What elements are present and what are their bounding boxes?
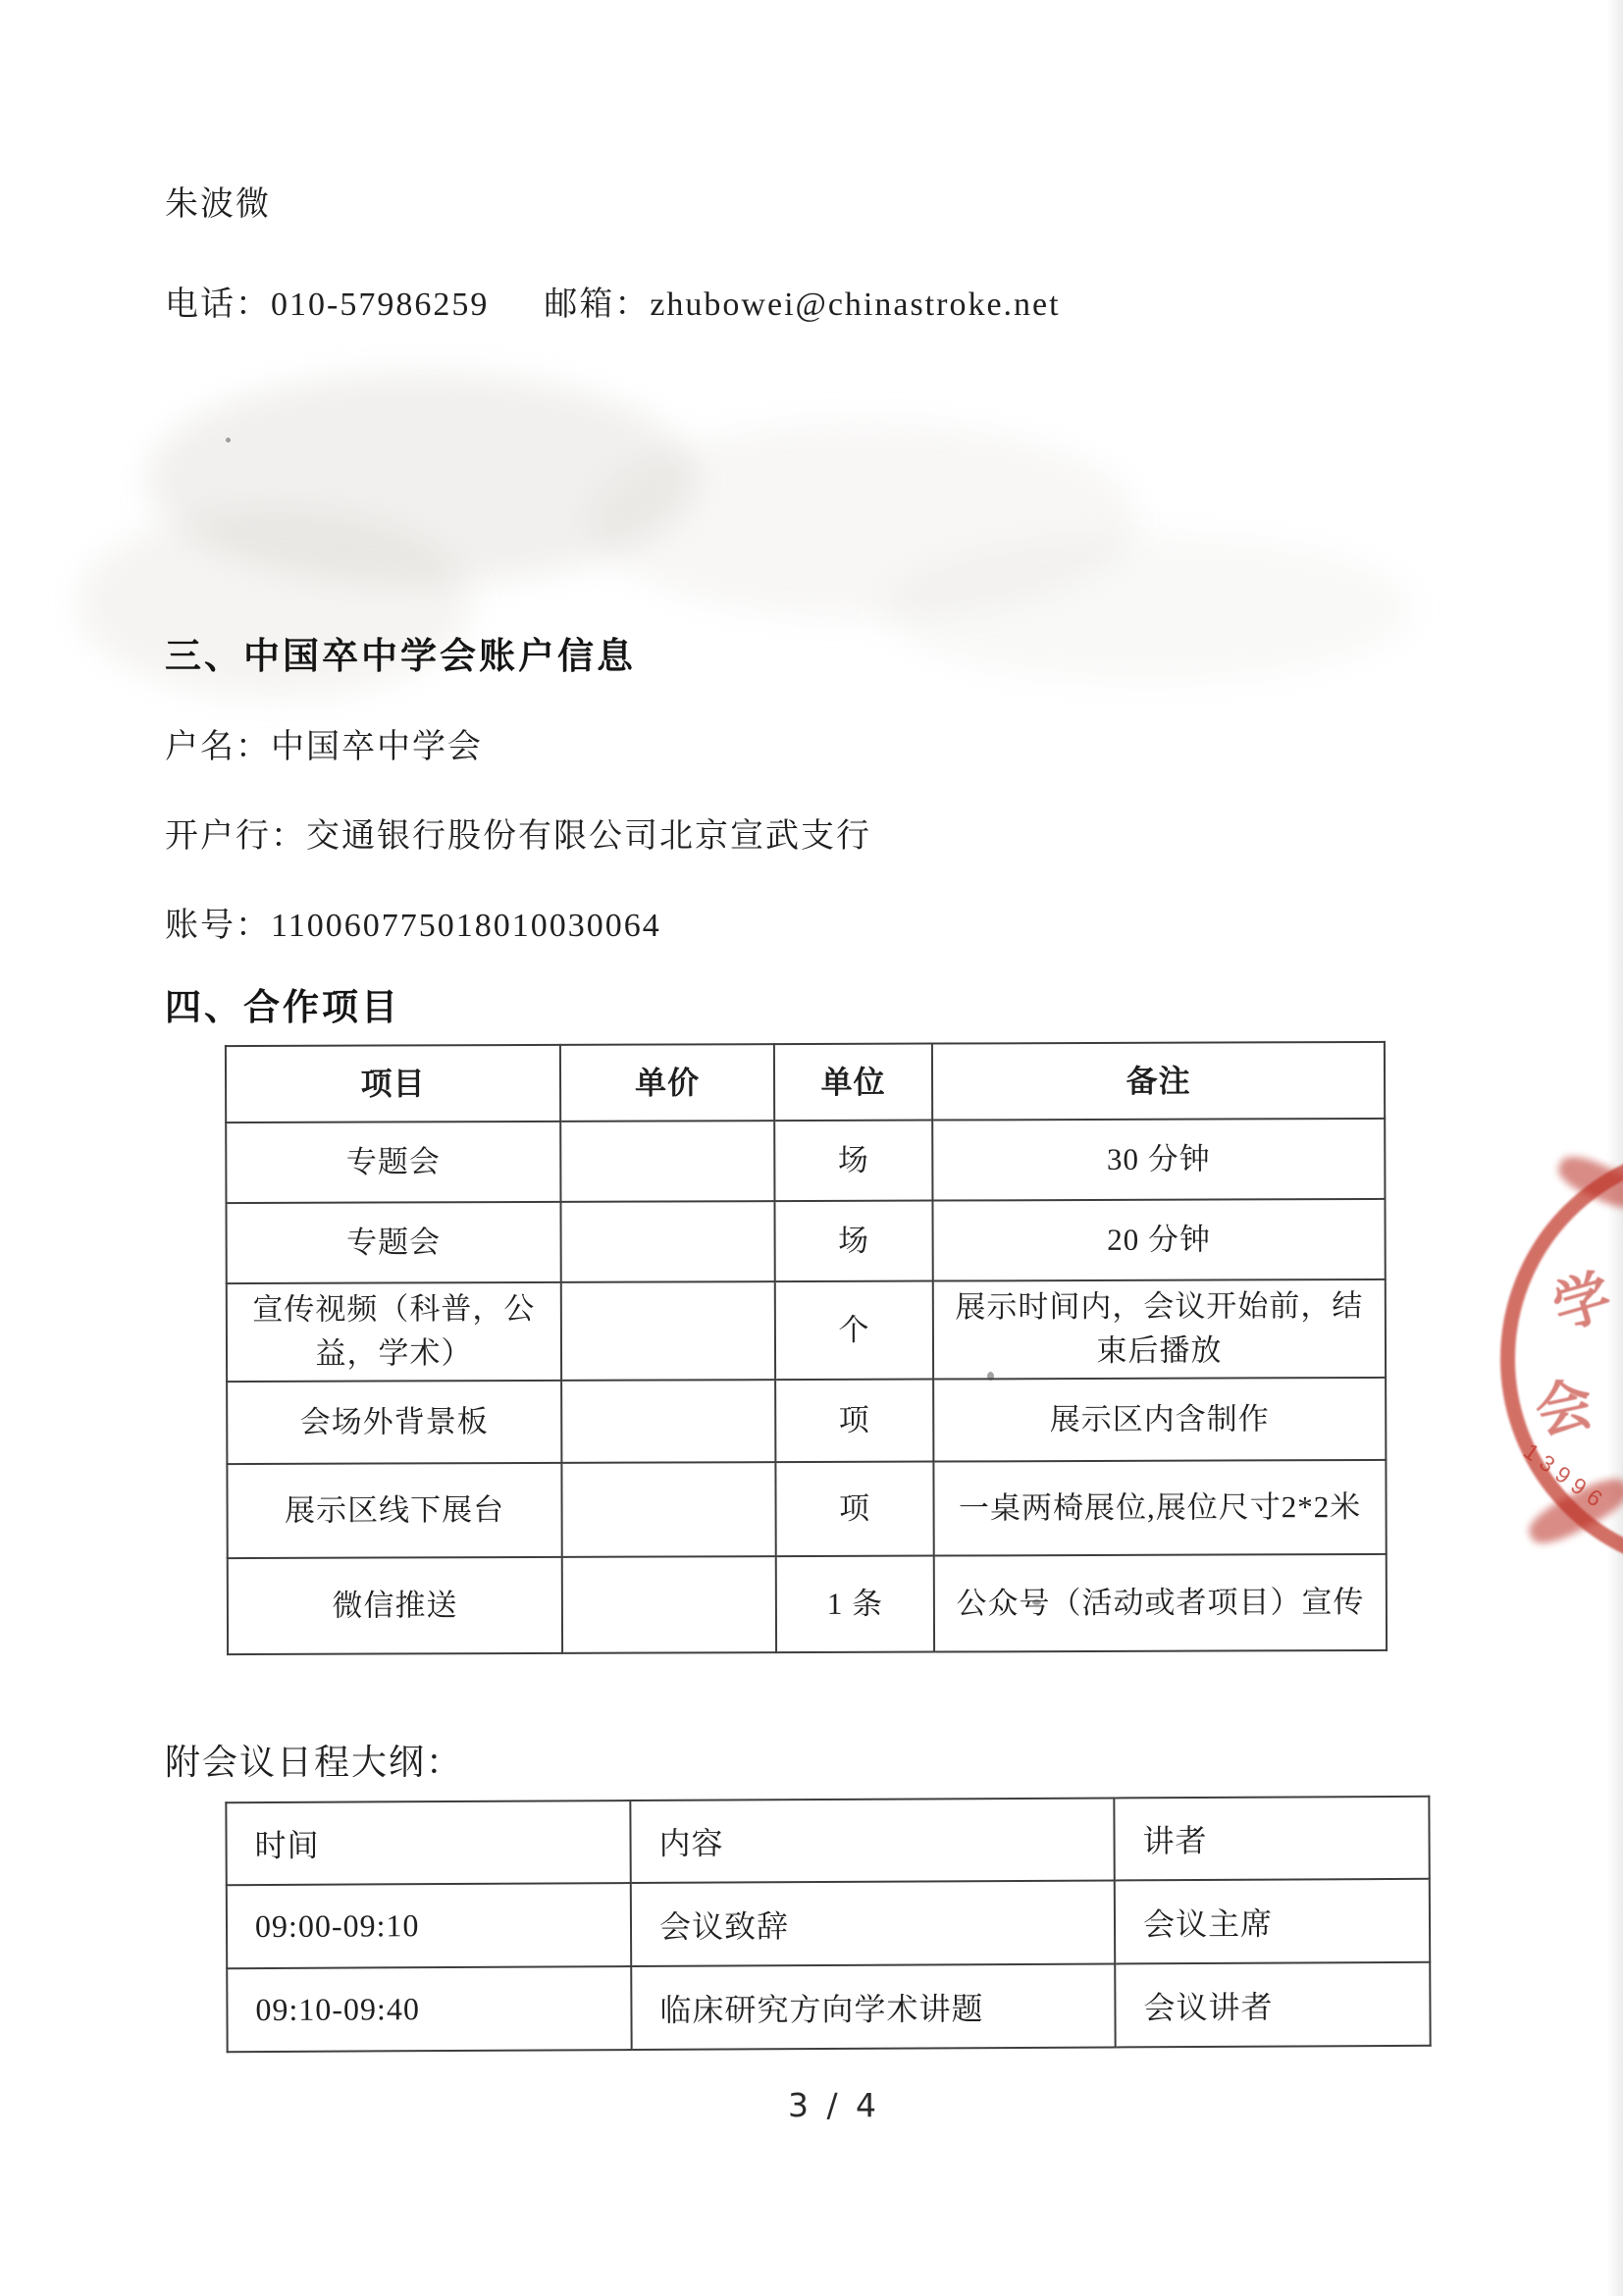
phone-label: 电话： — [165, 287, 271, 323]
cell-content: 会议致辞 — [631, 1880, 1115, 1966]
whiteout-smudge — [883, 535, 1413, 682]
cell-time: 09:00-09:10 — [227, 1883, 631, 1968]
account-no-label: 账号： — [165, 908, 271, 944]
column-header-content: 内容 — [630, 1798, 1114, 1883]
page-number: 3 / 4 — [0, 2086, 1623, 2124]
cell-unit-price — [562, 1556, 776, 1653]
cell-unit: 1 条 — [776, 1556, 934, 1653]
email-label: 邮箱： — [544, 287, 650, 323]
cell-remark: 公众号（活动或者项目）宣传 — [934, 1554, 1387, 1652]
whiteout-smudge — [589, 422, 1138, 618]
table-row: 09:10-09:40 临床研究方向学术讲题 会议讲者 — [227, 1962, 1430, 2052]
table-row: 09:00-09:10 会议致辞 会议主席 — [227, 1879, 1430, 1968]
cell-unit: 个 — [775, 1281, 933, 1381]
cell-remark: 展示时间内，会议开始前，结束后播放 — [933, 1279, 1386, 1380]
cell-unit: 项 — [775, 1380, 933, 1463]
table-row: 专题会 场 30 分钟 — [226, 1119, 1385, 1203]
whiteout-smudge — [147, 373, 697, 584]
column-header-item: 项目 — [226, 1045, 560, 1122]
column-header-time: 时间 — [226, 1800, 630, 1885]
bank-line: 开户行：交通银行股份有限公司北京宣武支行 — [165, 809, 871, 857]
cell-unit: 项 — [775, 1462, 933, 1557]
account-no-value: 110060775018010030064 — [271, 908, 661, 944]
table-row: 宣传视频（科普，公益，学术） 个 展示时间内，会议开始前，结束后播放 — [227, 1279, 1386, 1382]
table-row: 展示区线下展台 项 一桌两椅展位,展位尺寸2*2米 — [227, 1460, 1386, 1558]
cell-time: 09:10-09:40 — [227, 1966, 631, 2052]
agenda-heading: 附会议日程大纲： — [165, 1735, 463, 1785]
cell-item: 宣传视频（科普，公益，学术） — [227, 1282, 561, 1382]
cell-remark: 30 分钟 — [932, 1119, 1385, 1201]
contact-name: 朱波微 — [165, 177, 271, 225]
email-value: zhubowei@chinastroke.net — [650, 287, 1060, 323]
agenda-table: 时间 内容 讲者 09:00-09:10 会议致辞 会议主席 09:10-09:… — [225, 1796, 1431, 2053]
official-seal-fragment: 学 会 13996 — [1466, 1119, 1623, 1590]
cell-unit-price — [561, 1462, 775, 1557]
bank-value: 交通银行股份有限公司北京宣武支行 — [306, 818, 871, 855]
cell-content: 临床研究方向学术讲题 — [631, 1963, 1115, 2050]
cell-item: 展示区线下展台 — [227, 1463, 561, 1558]
account-name-label: 户名： — [165, 729, 271, 765]
column-header-unit-price: 单价 — [560, 1044, 774, 1122]
cell-unit-price — [560, 1201, 774, 1282]
cell-item: 微信推送 — [228, 1557, 562, 1654]
table-row: 专题会 场 20 分钟 — [226, 1199, 1385, 1283]
table-header-row: 时间 内容 讲者 — [226, 1797, 1429, 1885]
column-header-remark: 备注 — [932, 1042, 1385, 1121]
section4-heading: 四、合作项目 — [165, 977, 400, 1030]
column-header-unit: 单位 — [774, 1044, 932, 1122]
cell-unit-price — [561, 1380, 775, 1463]
section3-heading: 三、中国卒中学会账户信息 — [165, 626, 636, 679]
cell-unit-price — [561, 1281, 775, 1381]
table-row: 微信推送 1 条 公众号（活动或者项目）宣传 — [228, 1554, 1387, 1654]
table-row: 会场外背景板 项 展示区内含制作 — [227, 1378, 1386, 1464]
cooperation-items-table: 项目 单价 单位 备注 专题会 场 30 分钟 专题会 场 20 分钟 宣传视频… — [225, 1041, 1387, 1655]
cell-unit: 场 — [774, 1121, 932, 1202]
cell-remark: 展示区内含制作 — [933, 1378, 1386, 1462]
cell-item: 会场外背景板 — [227, 1381, 561, 1464]
column-header-speaker: 讲者 — [1114, 1797, 1429, 1881]
scanned-document-page: 朱波微 电话：010-57986259邮箱：zhubowei@chinastro… — [0, 0, 1623, 2296]
cell-unit: 场 — [774, 1201, 932, 1282]
cell-remark: 一桌两椅展位,展位尺寸2*2米 — [933, 1460, 1386, 1556]
cell-remark: 20 分钟 — [932, 1199, 1385, 1281]
account-name-line: 户名：中国卒中学会 — [165, 719, 483, 767]
phone-value: 010-57986259 — [271, 287, 489, 323]
bank-label: 开户行： — [165, 818, 306, 855]
cell-unit-price — [560, 1121, 774, 1202]
cell-item: 专题会 — [226, 1202, 560, 1283]
cell-item: 专题会 — [226, 1122, 560, 1203]
table-header-row: 项目 单价 单位 备注 — [226, 1042, 1385, 1122]
account-name-value: 中国卒中学会 — [271, 729, 483, 765]
contact-line: 电话：010-57986259邮箱：zhubowei@chinastroke.n… — [165, 277, 1061, 325]
account-no-line: 账号：110060775018010030064 — [165, 898, 661, 946]
cell-speaker: 会议讲者 — [1115, 1962, 1430, 2048]
scan-speck — [226, 438, 231, 443]
cell-speaker: 会议主席 — [1115, 1879, 1430, 1964]
